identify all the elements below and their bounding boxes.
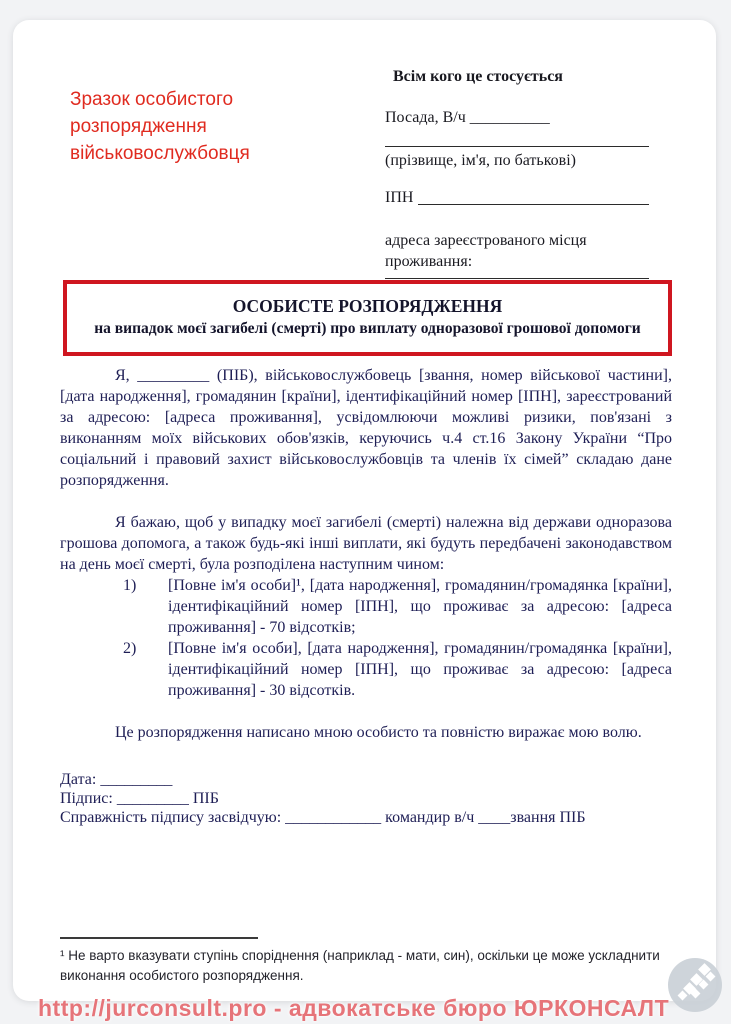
footnote-text: ¹ Не варто вказувати ступінь споріднення… (60, 946, 672, 986)
paragraph-wish: Я бажаю, щоб у випадку моєї загибелі (см… (60, 512, 672, 575)
list-item-number: 1) (123, 575, 168, 638)
address-blank-line (385, 278, 649, 279)
document-title-box: ОСОБИСТЕ РОЗПОРЯДЖЕННЯ на випадок моєї з… (63, 280, 672, 356)
footnote-separator (60, 937, 258, 939)
footnote-block: ¹ Не варто вказувати ступінь споріднення… (60, 937, 672, 986)
name-caption: (прізвище, ім'я, по батькові) (385, 150, 649, 171)
date-line: Дата: _________ (60, 770, 672, 789)
ipn-row: ІПН (385, 187, 649, 208)
closing-statement: Це розпорядження написано мною особисто … (60, 722, 672, 743)
paragraph-declaration: Я, _________ (ПІБ), військовослужбовець … (60, 365, 672, 491)
ipn-label: ІПН (385, 187, 413, 208)
ipn-blank-line (418, 204, 649, 205)
document-body: ОСОБИСТЕ РОЗПОРЯДЖЕННЯ на випадок моєї з… (60, 280, 672, 827)
signature-line: Підпис: _________ ПІБ (60, 789, 672, 808)
list-item: 1) [Повне ім'я особи]¹, [дата народження… (123, 575, 672, 638)
name-blank-line (385, 146, 649, 147)
jurconsult-watermark-link[interactable]: http://jurconsult.pro - адвокатське бюро… (38, 995, 669, 1022)
signature-block: Дата: _________ Підпис: _________ ПІБ Сп… (60, 770, 672, 827)
address-label: адреса зареєстрованого місця проживання: (385, 230, 649, 272)
position-unit-line: Посада, В/ч __________ (385, 107, 649, 128)
document-title: ОСОБИСТЕ РОЗПОРЯДЖЕННЯ (73, 294, 662, 318)
to-whom-line: Всім кого це стосується (385, 66, 649, 87)
list-item-number: 2) (123, 638, 168, 701)
list-item-text: [Повне ім'я особи], [дата народження], г… (168, 638, 672, 701)
verification-line: Справжність підпису засвідчую: _________… (60, 808, 672, 827)
beneficiaries-list: 1) [Повне ім'я особи]¹, [дата народження… (60, 575, 672, 701)
sample-document-label: Зразок особистого розпорядження військов… (70, 86, 322, 167)
document-page: Зразок особистого розпорядження військов… (13, 20, 716, 1001)
list-item-text: [Повне ім'я особи]¹, [дата народження], … (168, 575, 672, 638)
jurconsult-logo-icon (666, 956, 724, 1014)
screenshot-root: { "page": { "sample_label": "Зразок особ… (0, 0, 731, 1024)
recipient-block: Всім кого це стосується Посада, В/ч ____… (385, 66, 649, 279)
list-item: 2) [Повне ім'я особи], [дата народження]… (123, 638, 672, 701)
document-subtitle: на випадок моєї загибелі (смерті) про ви… (73, 318, 662, 340)
